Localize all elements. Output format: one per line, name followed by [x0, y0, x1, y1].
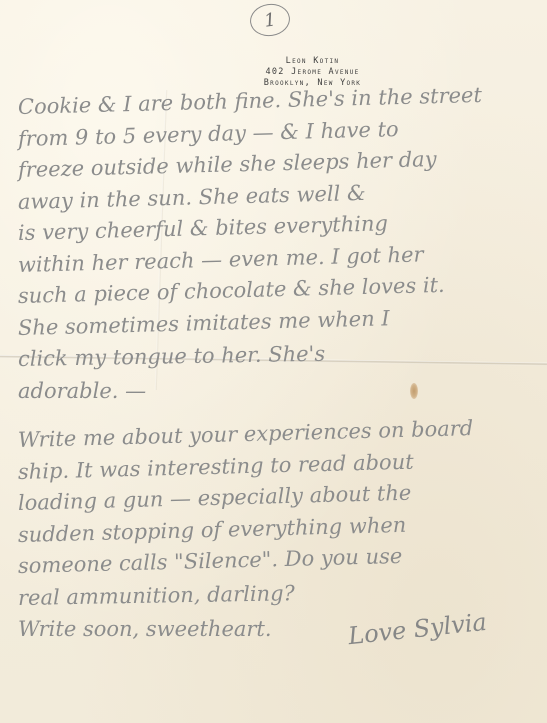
- text-line: adorable. —: [18, 376, 538, 408]
- letter-body: Cookie & I are both fine. She's in the s…: [18, 92, 538, 646]
- page-number: 1: [263, 9, 277, 31]
- closing-line: Write soon, sweetheart. Love Sylvia: [18, 614, 538, 646]
- paragraph-2: Write me about your experiences on board…: [18, 425, 538, 614]
- letterhead-street: 402 Jerome Avenue: [78, 67, 547, 78]
- page-number-circle: 1: [248, 1, 292, 38]
- paragraph-1: Cookie & I are both fine. She's in the s…: [18, 92, 538, 407]
- letter-page: 1 Leon Kotin 402 Jerome Avenue Brooklyn,…: [0, 0, 547, 723]
- letterhead-name: Leon Kotin: [78, 56, 547, 67]
